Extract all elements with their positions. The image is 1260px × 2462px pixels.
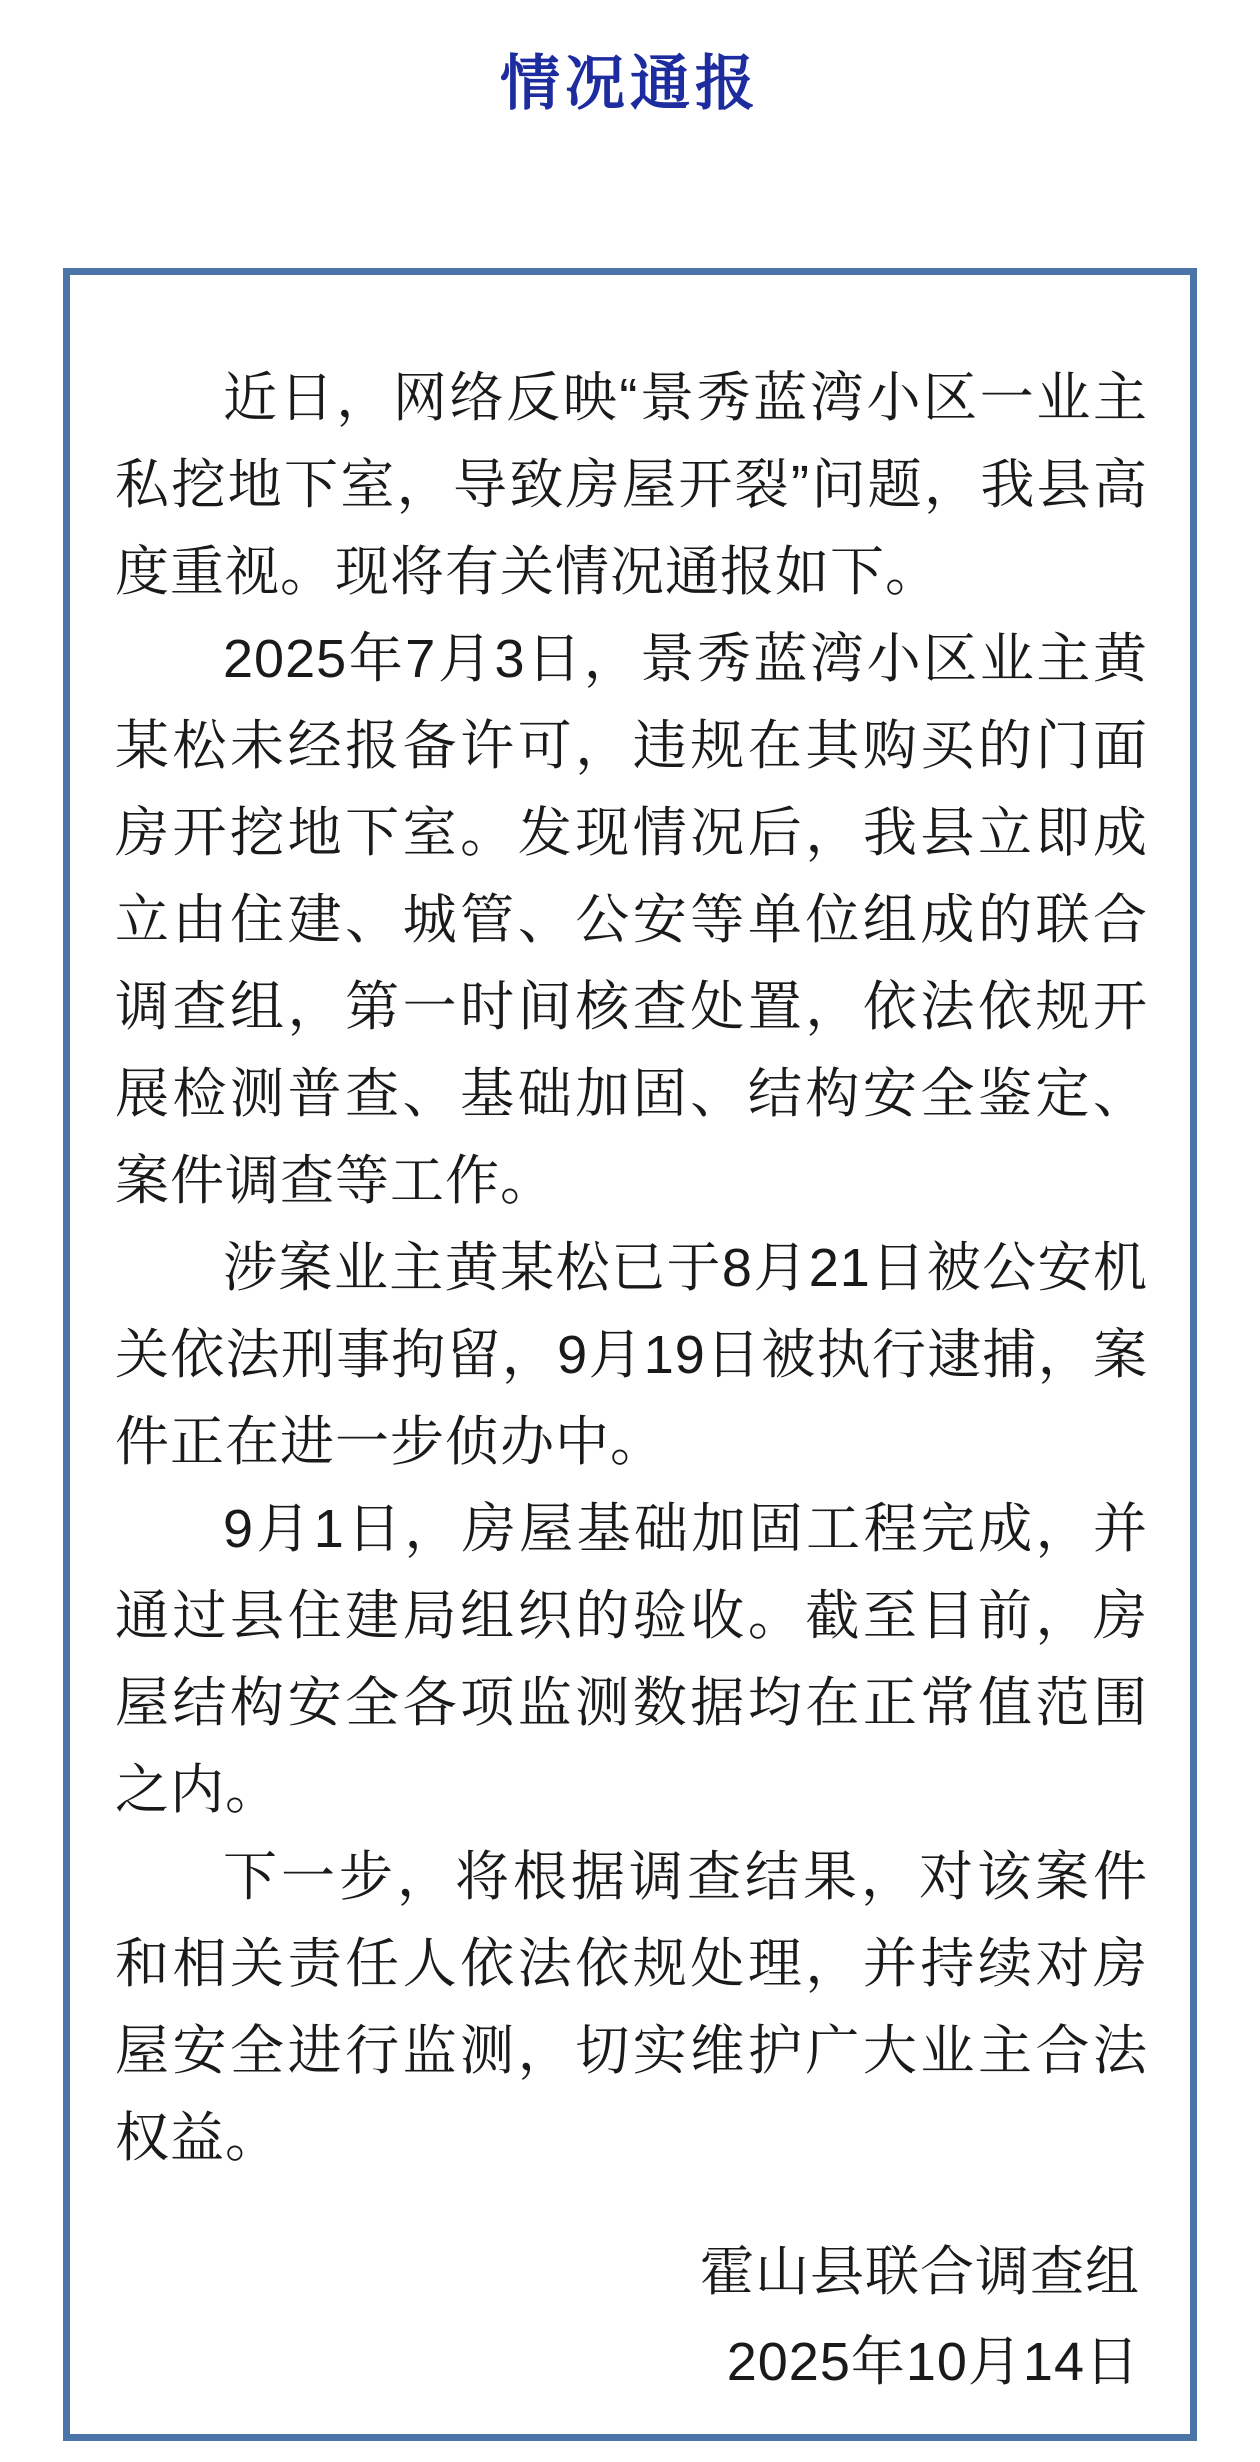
notice-paragraph-5: 下一步，将根据调查结果，对该案件和相关责任人依法依规处理，并持续对房屋安全进行监… [115,1834,1148,2182]
notice-paragraph-3: 涉案业主黄某松已于8月21日被公安机关依法刑事拘留，9月19日被执行逮捕，案件正… [115,1225,1148,1486]
notice-paragraph-1: 近日，网络反映“景秀蓝湾小区一业主私挖地下室，导致房屋开裂”问题，我县高度重视。… [115,355,1148,616]
notice-body: 近日，网络反映“景秀蓝湾小区一业主私挖地下室，导致房屋开裂”问题，我县高度重视。… [115,355,1148,2182]
notice-paragraph-4: 9月1日，房屋基础加固工程完成，并通过县住建局组织的验收。截至目前，房屋结构安全… [115,1486,1148,1834]
notice-title: 情况通报 [0,0,1260,122]
signature-block: 霍山县联合调查组 2025年10月14日 [115,2227,1148,2407]
signature-date: 2025年10月14日 [115,2317,1140,2407]
notice-page: 情况通报 近日，网络反映“景秀蓝湾小区一业主私挖地下室，导致房屋开裂”问题，我县… [0,0,1260,2462]
notice-paragraph-2: 2025年7月3日，景秀蓝湾小区业主黄某松未经报备许可，违规在其购买的门面房开挖… [115,616,1148,1225]
signature-org: 霍山县联合调查组 [115,2227,1140,2317]
notice-box: 近日，网络反映“景秀蓝湾小区一业主私挖地下室，导致房屋开裂”问题，我县高度重视。… [63,268,1197,2441]
